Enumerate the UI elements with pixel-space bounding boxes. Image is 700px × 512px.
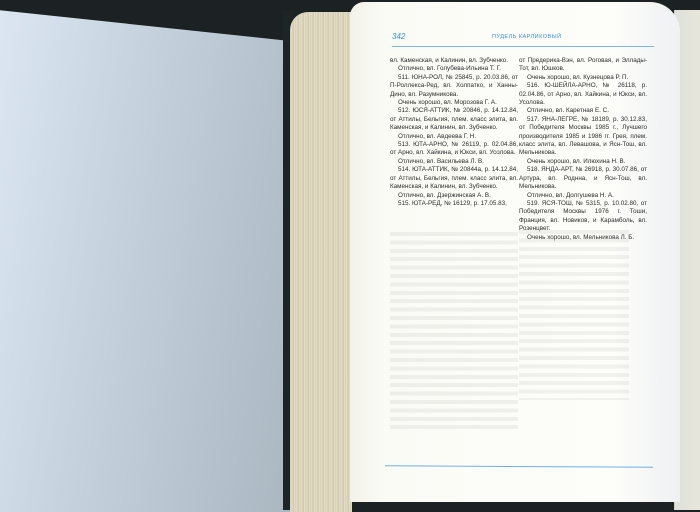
entry-paragraph: 512. ЮСЯ-АТТИК, № 20846, р. 14.12.84, от… [390, 107, 518, 132]
entry-paragraph: Отлично, вл. Голубева-Ильина Т. Г. [390, 65, 518, 73]
text-column-left: вл. Каменская, и Калинин, вл. Зубченко. … [390, 57, 518, 208]
entry-paragraph: 516. Ю-ШЕЙЛА-АРНО, № 26118, р. 02.04.86,… [519, 82, 647, 107]
running-head: Пудель карликовый [492, 34, 562, 40]
entry-paragraph: 515. ЮТА-РЕД, № 16129, р. 17.05.83, [390, 200, 518, 208]
entry-paragraph: 513. ЮТА-АРНО, № 26119, р. 02.04.86, от … [390, 141, 518, 158]
entry-paragraph: 518. ЯНДА-АРТ, № 26918, р. 30.07.86, от … [519, 166, 647, 191]
entry-paragraph: Отлично, вл. Васильева Л. В. [390, 158, 518, 166]
entry-paragraph: Отлично, вл. Дзержинская А. В. [390, 192, 518, 200]
show-through-text-right [519, 230, 629, 400]
entry-paragraph: от Предерика-Вэн, вл. Роговая, и Эллады-… [519, 57, 647, 74]
entry-paragraph: 511. ЮНА-РОЛ, № 25845, р. 20.03.86, от П… [390, 74, 518, 99]
entry-paragraph: Отлично, вл. Авдеева Г. Н. [390, 133, 518, 141]
page-header: 342 Пудель карликовый [392, 32, 654, 47]
entry-paragraph: Очень хорошо, вл. Морозова Г. А. [390, 99, 518, 107]
entry-paragraph: 517. ЯНА-ЛЕГРЕ, № 18189, р. 30.12.83, от… [519, 116, 647, 158]
entry-paragraph: Отлично, вл. Долгушева Н. А. [519, 192, 647, 200]
entry-paragraph: Очень хорошо, вл. Илюхина Н. В. [519, 158, 647, 166]
scanner-bed-background [0, 0, 290, 512]
show-through-text-left [390, 232, 518, 432]
entry-paragraph: 514. ЮТА-АТТИК, № 20844а, р. 14.12.84, о… [390, 166, 518, 191]
page-number: 342 [392, 32, 405, 41]
entry-paragraph: Очень хорошо, вл. Кузнецова Р. П. [519, 74, 647, 82]
entry-paragraph: Отлично, вл. Каретная Е. С. [519, 107, 647, 115]
entry-paragraph: 519. ЯСЯ-ТОШ, № 5315, р. 10.02.80, от По… [519, 200, 647, 234]
text-column-right: от Предерика-Вэн, вл. Роговая, и Эллады-… [519, 57, 647, 242]
book-page-stack [290, 12, 352, 512]
